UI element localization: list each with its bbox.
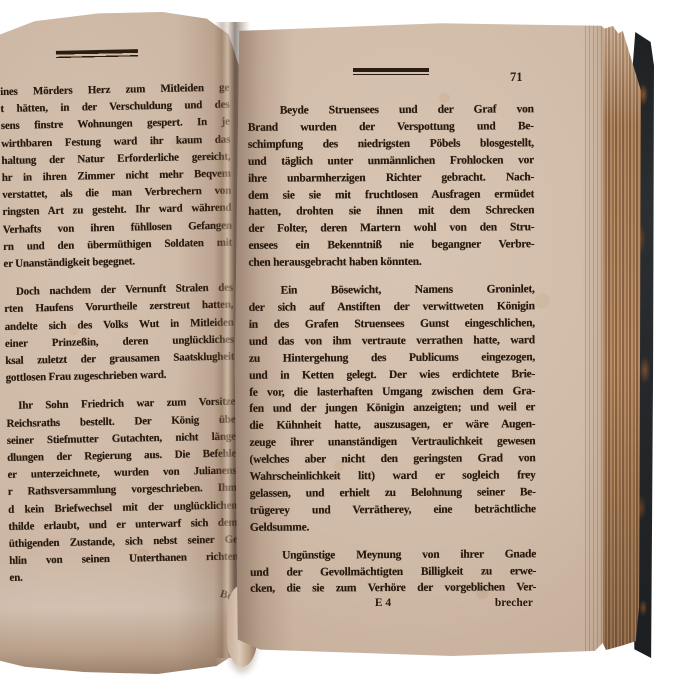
text-line: chen herausgebracht haben könnten. [248,253,534,271]
text-line: rn und den übermüthigen Soldaten mit [3,234,232,256]
text-line: trügerey und Verrätherey, eine beträchtl… [250,501,536,519]
text-line: hr in ihren Zimmer nicht mehr Beqvem [2,166,231,188]
text-line: ensees ein Bekenntniß nie begangner Verb… [248,237,534,255]
text-line: t hätten, in der Verschuldung und des [0,97,229,119]
left-header-rule [56,49,138,60]
text-line: einer Prinzeßin, deren unglückliches [5,331,234,353]
text-line: und das von ihm vertraute verrathen hatt… [249,332,535,350]
text-line: ksal zuletzt der grausamen Saatsklugheit [5,349,234,371]
text-line: Ihr Sohn Friedrich war zum Vorsitze [6,394,235,416]
text-line: thilde erlaubt, und er unterwarf sich de… [8,514,237,536]
paragraph: Doch nachdem der Vernunft Stralen desrte… [4,280,235,388]
text-line: üthigenden Zustande, sich nebst seiner G… [9,532,238,554]
fore-edge-pages [603,26,641,650]
text-line: fe vor, die lasterhaften Umgang zwischen… [249,383,535,401]
text-line: rten Haufens Vorurtheile zerstreut hatte… [4,297,233,319]
text-line: er unterzeichnete, wurden von Julianens [7,463,236,485]
text-line: die Kühnheit hatte, auszusagen, er wäre … [249,417,535,435]
text-line: hlin von seinen Unterthanen richten [9,549,238,571]
text-line: Wahrscheinlichkeit litt) ward er sogleic… [250,467,536,485]
text-line: Verhafts von ihren fühllosen Gefangen [3,217,232,239]
paragraph: Ungünstige Meynung von ihrer Gnadeund de… [250,546,536,598]
text-line: schimpfung des niedrigsten Pöbels blosge… [248,135,534,153]
text-line: hatten, drohten sie ihnen mit dem Schrec… [248,203,534,221]
text-line: er Unanständigkeit begegnet. [3,252,232,274]
text-line: Reichsraths bestellt. Der König übe [6,411,235,433]
text-line: gelassen, und erhielt zu Belohnung seine… [250,484,536,502]
text-line: (welches aber nicht den geringsten Grad … [250,450,536,468]
right-page-text: Beyde Struensees und der Graf vonBrand w… [248,101,537,609]
left-page-text: ines Mörders Herz zum Mitleiden get hätt… [0,80,239,599]
text-line: zu Hintergehung des Publicums eingezogen… [249,349,535,367]
text-line: r Rathsversammlung vorgeschrieben. Ihm [8,480,237,502]
text-line: ringsten Art zu gesteht. Ihr ward währen… [2,200,231,222]
text-line: Beyde Struensees und der Graf von [248,101,534,119]
signature-mark: E 4 [375,597,391,609]
text-line: fen und der jungen Königin anzeigten; un… [249,400,535,418]
text-line: verstattet, als die man Verbrechern von [2,183,231,205]
text-line: der Folter, deren Martern wohl von den S… [248,220,534,238]
text-line: in des Grafen Struensees Gunst eingeschl… [249,315,535,333]
text-line: seiner Stiefmutter Gutachten, nicht läng… [7,428,236,450]
text-line: gottlosen Frau zugeschrieben ward. [5,366,234,388]
text-line: dem sie sie mit fruchtlosen Ausfragen er… [248,186,534,204]
text-line: Geldsumme. [250,518,536,536]
text-line: wirthbaren Festung ward ihr kaum das [1,131,230,153]
text-line: Ungünstige Meynung von ihrer Gnade [250,546,536,564]
text-line: und der Gevollmächtigten Billigkeit zu e… [250,563,536,581]
text-line: Brand wurden der Verspottung und Be- [248,118,534,136]
text-line: Ein Bösewicht, Namens Groninlet, [249,281,535,299]
page-number: 71 [510,70,523,85]
text-line: sens finstre Wohnungen gespert. In je [1,114,230,136]
right-page: 71 Beyde Struensees und der Graf vonBran… [234,22,610,656]
text-line: dlungen der Regierung aus. Die Befehle [7,446,236,468]
text-line: ihre unbarmherzigen Richter gebracht. Na… [248,169,534,187]
text-line: ines Mörders Herz zum Mitleiden ge [0,80,229,102]
text-line: zeuge ihrer unanständigen Vertraulichkei… [249,433,535,451]
right-catchword: brecher [495,597,533,609]
left-page: ines Mörders Herz zum Mitleiden get hätt… [0,12,246,674]
paragraph: ines Mörders Herz zum Mitleiden get hätt… [0,80,233,274]
text-line: d kein Briefwechsel mit der unglückliche… [8,497,237,519]
paragraph: Ein Bösewicht, Namens Groninlet,der sich… [249,281,536,536]
right-header-rule [353,68,429,77]
text-line: und in Ketten gelegt. Der wies erdichtet… [249,366,535,384]
text-line: andelte sich des Volks Wut in Mitleiden [5,314,234,336]
text-line: und täglich unter unmännlichen Frohlocke… [248,152,534,170]
signature-line: E 4 brecher [249,597,535,615]
text-line: Doch nachdem der Vernunft Stralen des [4,280,233,302]
text-line: der sich auf Anstiften der verwittweten … [249,298,535,316]
paragraph: Beyde Struensees und der Graf vonBrand w… [248,101,535,272]
paragraph: Ihr Sohn Friedrich war zum VorsitzeReich… [6,394,239,588]
text-line: haltung der Natur Erforderliche gereicht… [1,148,230,170]
text-line: cken, die sie zum Verhöre der vorgeblich… [250,580,536,598]
book-photo: ines Mörders Herz zum Mitleiden get hätt… [0,0,686,700]
